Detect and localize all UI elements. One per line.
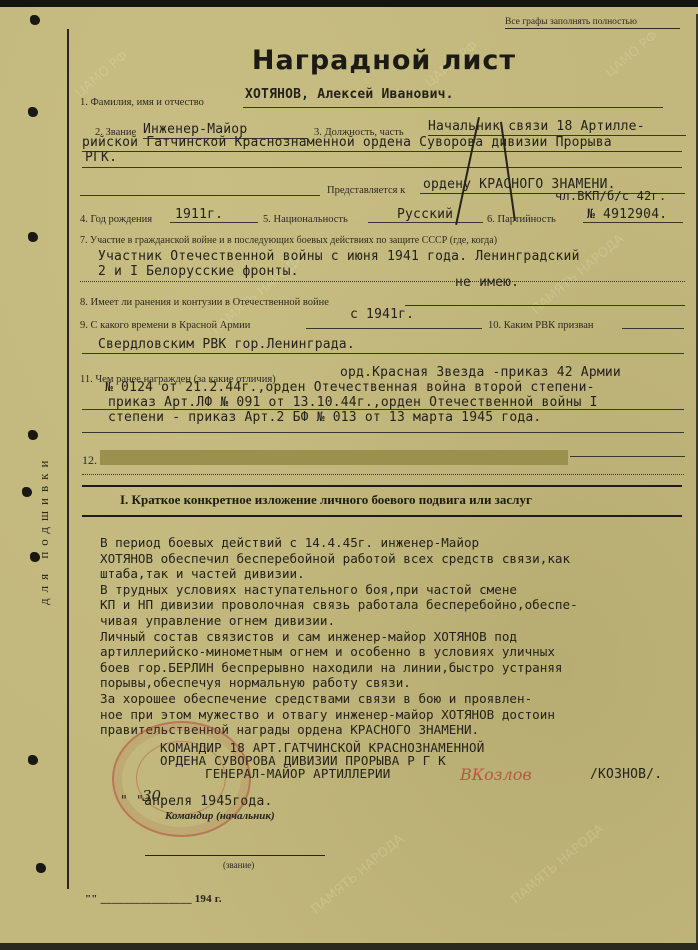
description-line: За хорошее обеспечение средствами связи … [100,691,698,707]
field-3-value-line-3: РГК. [85,150,117,165]
field-11-value-line-3: приказ Арт.ЛФ № 091 от 13.10.44г.,орден … [108,395,598,410]
field-line [82,474,684,475]
description-line: ХОТЯНОВ обеспечил бесперебойной работой … [100,551,698,567]
field-line [82,353,684,354]
field-10-label: 10. Каким РВК призван [488,320,593,331]
field-line [622,328,684,329]
section-header: I. Краткое конкретное изложение личного … [82,485,682,517]
merit-description: В период боевых действий с 14.4.45г. инж… [100,535,698,738]
description-line: В период боевых действий с 14.4.45г. инж… [100,535,698,551]
punch-hole [30,15,40,25]
description-line: порывы,обеспечуя нормальную работу связи… [100,675,698,691]
field-12-label: 12. [82,453,97,468]
description-line: КП и НП дивизии проволочная связь работа… [100,597,698,613]
instruction-note: Все графы заполнять полностью [505,17,680,29]
field-7-value-line-1: Участник Отечественной войны с июня 1941… [98,249,580,264]
field-11-value-line-4: степени - приказ Арт.2 БФ № 013 от 13 ма… [108,410,541,425]
document-title: Наградной лист [0,45,698,76]
binding-side-text: для подшивки [36,355,54,605]
party-note: чл.ВКП/б/с 42г. [555,189,666,203]
field-7-value-line-2: 2 и I Белорусские фронты. [98,264,299,279]
field-11-value-line-2: № 0124 от 21.2.44г.,орден Отечественная … [105,380,595,395]
scan-top-border [0,0,698,7]
field-11-value-line-1: орд.Красная Звезда -приказ 42 Армии [340,365,621,380]
punch-hole [28,107,38,117]
bottom-date: "" ________________ 194 г. [85,893,222,905]
description-line: артиллерийско-минометным огнем и особенн… [100,644,698,660]
description-line: ное при этом мужество и отвагу инженер-м… [100,707,698,723]
handwritten-signature: ВКозлов [460,765,532,784]
field-9-value: с 1941г. [350,307,414,322]
field-line [80,195,320,196]
field-line [82,151,682,152]
field-10-value: Свердловским РВК гор.Ленинграда. [98,337,355,352]
field-9-label: 9. С какого времени в Красной Армии [80,320,250,331]
section-header-text: I. Краткое конкретное изложение личного … [120,492,532,508]
signatory-name: /КОЗНОВ/. [590,767,662,782]
field-1-label: 1. Фамилия, имя и отчество [80,97,204,108]
field-line [306,328,482,329]
watermark: ПАМЯТЬ НАРОДА [309,832,407,918]
field-3-value-line-1: Начальник связи 18 Артилле- [428,119,645,134]
date-day-handwritten: 30 [142,787,161,805]
field-1-value: ХОТЯНОВ, Алексей Иванович. [245,87,454,102]
punch-hole [22,487,32,497]
punch-hole [36,863,46,873]
field-6-value: № 4912904. [587,207,667,222]
field-line [243,107,663,108]
field-4-value: 1911г. [175,207,223,222]
field-line [570,456,685,457]
field-line [82,432,684,433]
commander-label: Командир (начальник) [165,810,275,822]
field-6-label: 6. Партийность [487,214,556,225]
field-4-label: 4. Год рождения [80,214,152,225]
redacted-block [100,450,568,465]
punch-hole [28,232,38,242]
punch-hole [28,755,38,765]
field-8-label: 8. Имеет ли ранения и контузии в Отечест… [80,297,329,308]
signature-line-3: ГЕНЕРАЛ-МАЙОР АРТИЛЛЕРИИ [205,766,390,781]
field-line [405,305,685,306]
award-sheet-page: ЦАМО РФ ЦАМО РФ ЦАМО РФ ПАМЯТЬ НАРОДА ПА… [0,7,698,950]
description-line: боев гор.БЕРЛИН беспрерывно находили на … [100,660,698,676]
description-line: Личный состав связистов и сам инженер-ма… [100,629,698,645]
rank-line [145,855,325,856]
field-5-value: Русский [397,207,453,222]
field-7-label: 7. Участие в гражданской войне и в после… [80,235,497,246]
field-line [80,281,685,282]
description-line: штаба,так и частей дивизии. [100,566,698,582]
presented-label: Представляется к [327,185,405,196]
field-line [170,222,258,223]
field-line [82,167,682,168]
field-line [368,222,483,223]
description-line: В трудных условиях наступательного боя,п… [100,582,698,598]
binding-margin-line [67,29,69,889]
field-8-value: не имею. [455,275,519,290]
description-line: чивая управление огнем дивизии. [100,613,698,629]
field-line [583,222,683,223]
watermark: ПАМЯТЬ НАРОДА [509,822,607,908]
field-5-label: 5. Национальность [263,214,348,225]
rank-label: (звание) [223,860,254,870]
scan-bottom-border [0,943,698,950]
field-3-value-line-2: рийской Гатчинской Краснознаменной орден… [82,135,612,150]
